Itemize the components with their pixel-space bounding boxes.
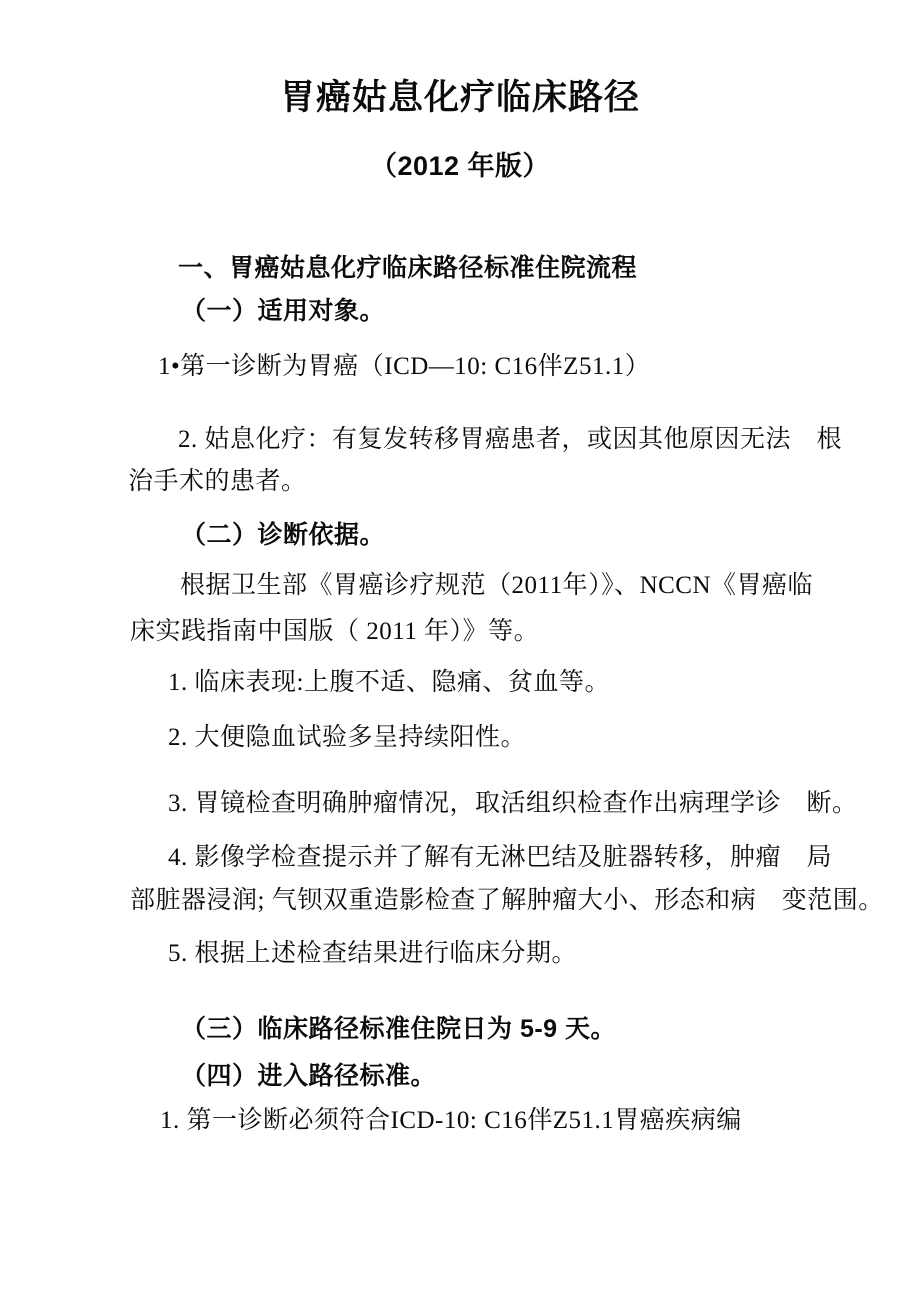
para-basis-line1: 根据卫生部《胃癌诊疗规范（2011年）》、NCCN《胃癌临 <box>180 572 813 601</box>
para-imaging-line1: 4. 影像学检查提示并了解有无淋巴结及脏器转移，肿瘤 局 <box>168 844 832 873</box>
heading-admission-process: 一、胃癌姑息化疗临床路径标准住院流程 <box>178 254 637 283</box>
para-gastroscopy: 3. 胃镜检查明确肿瘤情况，取活组织检查作出病理学诊 断。 <box>168 790 858 819</box>
para-imaging-line2: 部脏器浸润; 气钡双重造影检查了解肿瘤大小、形态和病 变范围。 <box>130 887 884 916</box>
subheading-entry-criteria: （四）进入路径标准。 <box>181 1062 436 1091</box>
para-palliative-chemo-line2: 治手术的患者。 <box>128 468 307 497</box>
para-occult-blood-test: 2. 大便隐血试验多呈持续阳性。 <box>168 724 526 753</box>
document-page: 胃癌姑息化疗临床路径 （2012 年版） 一、胃癌姑息化疗临床路径标准住院流程 … <box>0 0 920 1302</box>
para-entry-diagnosis-code: 1. 第一诊断必须符合ICD-10: C16伴Z51.1胃癌疾病编 <box>160 1107 742 1136</box>
document-edition: （2012 年版） <box>0 151 920 182</box>
para-clinical-staging: 5. 根据上述检查结果进行临床分期。 <box>168 940 577 969</box>
subheading-applicable-subjects: （一）适用对象。 <box>181 297 385 326</box>
para-first-diagnosis: 1•第一诊断为胃癌（ICD—10: C16伴Z51.1） <box>158 353 650 382</box>
subheading-diagnosis-basis: （二）诊断依据。 <box>181 521 385 550</box>
subheading-hospital-stay-days: （三）临床路径标准住院日为 5-9 天。 <box>181 1015 616 1044</box>
para-palliative-chemo-line1: 2. 姑息化疗：有复发转移胃癌患者，或因其他原因无法 根 <box>178 426 842 455</box>
para-clinical-manifestation: 1. 临床表现:上腹不适、隐痛、贫血等。 <box>168 669 610 698</box>
para-basis-line2: 床实践指南中国版（ 2011 年）》等。 <box>130 618 539 647</box>
document-title: 胃癌姑息化疗临床路径 <box>0 78 920 118</box>
